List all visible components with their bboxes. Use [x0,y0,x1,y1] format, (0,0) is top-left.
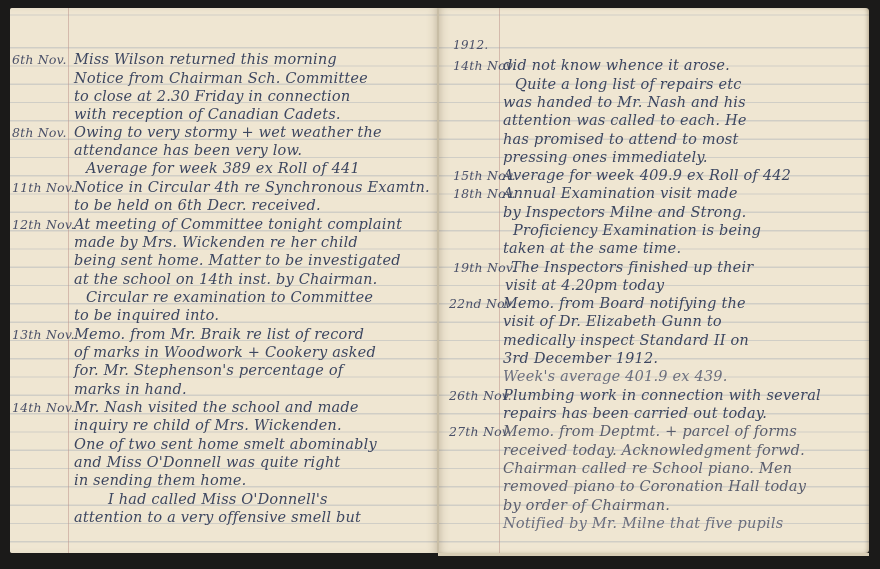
entry-line: Mr. Nash visited the school and made [74,400,359,416]
entry-line: Circular re examination to Committee [86,290,373,306]
entry-line: attendance has been very low. [74,143,302,159]
entry-line: was handed to Mr. Nash and his [503,95,746,111]
year-heading: 1912. [453,38,488,52]
entry-date: 8th Nov. [12,125,67,140]
entry-line: The Inspectors finished up their [511,260,753,276]
entry-line: removed piano to Coronation Hall today [503,479,806,495]
entry-line: attention was called to each. He [503,113,747,129]
entry-line: Notice from Chairman Sch. Committee [74,71,368,87]
entry-line: and Miss O'Donnell was quite right [74,455,340,471]
left-margin-rule [68,8,69,553]
entry-line: to be held on 6th Decr. received. [74,198,321,214]
entry-line: Week's average 401.9 ex 439. [503,369,728,385]
entry-line: of marks in Woodwork + Cookery asked [74,345,376,361]
entry-line: medically inspect Standard II on [503,333,749,349]
entry-line: to close at 2.30 Friday in connection [74,89,350,105]
entry-line: Memo. from Board notifying the [503,296,746,312]
entry-line: did not know whence it arose. [503,58,730,74]
entry-line: received today. Acknowledgment forwd. [503,443,805,459]
entry-line: to be inquired into. [74,308,219,324]
entry-line: pressing ones immediately. [503,150,708,166]
entry-line: repairs has been carried out today. [503,406,767,422]
entry-line: visit at 4.20pm today [505,278,664,294]
entry-date: 12th Nov. [12,217,75,232]
entry-line: visit of Dr. Elizabeth Gunn to [503,314,722,330]
entry-line: One of two sent home smelt abominably [74,437,377,453]
entry-line: marks in hand. [74,382,187,398]
entry-line: I had called Miss O'Donnell's [108,492,328,508]
entry-date: 11th Nov. [12,180,75,195]
entry-line: Chairman called re School piano. Men [503,461,792,477]
entry-line: by Inspectors Milne and Strong. [503,205,747,221]
entry-line: attention to a very offensive smell but [74,510,361,526]
entry-line: made by Mrs. Wickenden re her child [74,235,358,251]
entry-date: 19th Nov. [453,260,516,275]
entry-line: Average for week 389 ex Roll of 441 [86,161,360,177]
entry-date: 14th Nov. [12,400,75,415]
entry-date: 6th Nov. [12,52,67,67]
entry-line: Annual Examination visit made [503,186,738,202]
entry-line: with reception of Canadian Cadets. [74,107,341,123]
entry-line: taken at the same time. [503,241,681,257]
entry-line: Plumbing work in connection with several [503,388,821,404]
entry-line: inquiry re child of Mrs. Wickenden. [74,418,342,434]
entry-line: Notified by Mr. Milne that five pupils [503,516,783,532]
entry-line: being sent home. Matter to be investigat… [74,253,401,269]
entry-line: for. Mr. Stephenson's percentage of [74,363,343,379]
entry-line: has promised to attend to most [503,132,738,148]
entry-line: At meeting of Committee tonight complain… [74,217,402,233]
entry-line: 3rd December 1912. [503,351,658,367]
entry-line: by order of Chairman. [503,498,670,514]
entry-line: Notice in Circular 4th re Synchronous Ex… [74,180,430,196]
entry-date: 13th Nov. [12,327,75,342]
entry-line: Proficiency Examination is being [513,223,761,239]
page-stack-edge [438,553,869,556]
entry-line: Owing to very stormy + wet weather the [74,125,382,141]
entry-line: at the school on 14th inst. by Chairman. [74,272,377,288]
left-page: 6th Nov. Miss Wilson returned this morni… [10,8,437,553]
entry-line: Average for week 409.9 ex Roll of 442 [503,168,791,184]
entry-line: Miss Wilson returned this morning [74,52,337,68]
entry-line: in sending them home. [74,473,246,489]
entry-line: Memo. from Deptmt. + parcel of forms [503,424,797,440]
right-margin-rule [499,8,500,553]
right-page: 1912. 14th Nov. did not know whence it a… [439,8,869,553]
entry-line: Memo. from Mr. Braik re list of record [74,327,364,343]
entry-line: Quite a long list of repairs etc [515,77,742,93]
